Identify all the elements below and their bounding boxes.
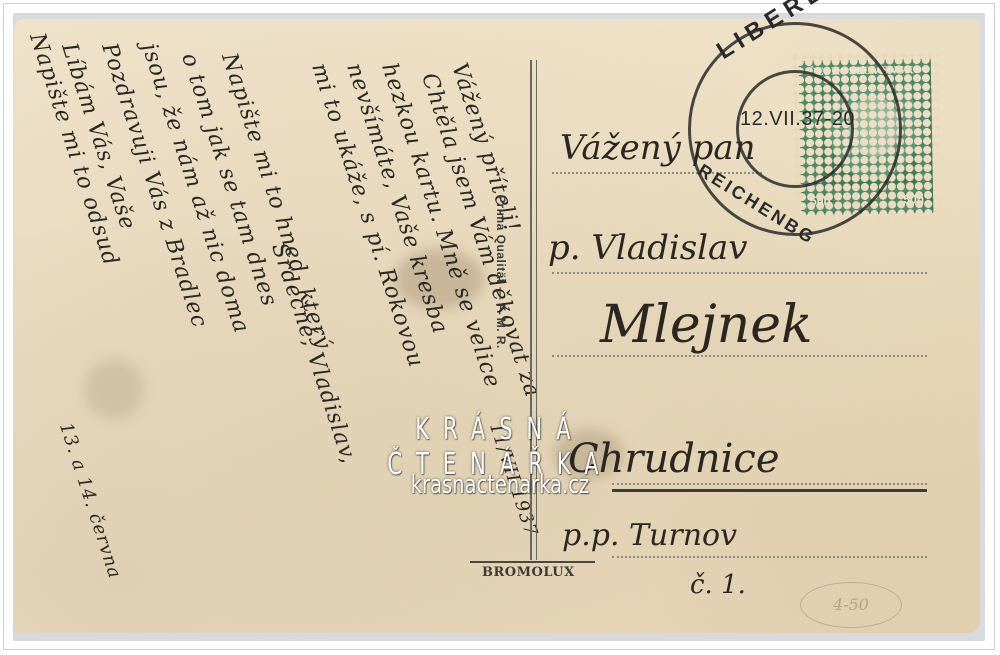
stain	[84, 359, 144, 419]
address-line	[612, 483, 927, 485]
brand-label: BROMOLUX	[482, 565, 575, 580]
printer-imprint: Prima Qualität — F. M. R.	[494, 195, 508, 349]
pencil-note: 4-50	[800, 582, 902, 628]
address-line-solid	[612, 489, 927, 492]
brand-rule	[470, 561, 595, 563]
stamp-value-right: 50h	[901, 192, 926, 206]
watermark-url: krasnactenarka.cz	[410, 470, 590, 500]
postmark-date: 12.VII.37-20	[740, 108, 855, 131]
address-first-name: p. Vladislav	[548, 228, 748, 268]
address-post: p.p. Turnov	[562, 518, 737, 553]
address-line	[552, 272, 927, 274]
address-surname: Mlejnek	[600, 295, 813, 355]
address-line	[552, 355, 927, 357]
address-line	[612, 556, 927, 558]
address-house-number: č. 1.	[690, 570, 746, 600]
